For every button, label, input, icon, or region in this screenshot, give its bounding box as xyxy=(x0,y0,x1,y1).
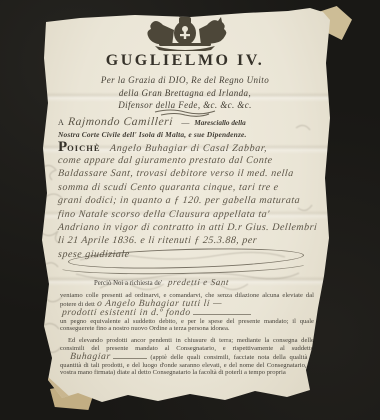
handwriting-line: Angelo Buhagiar di Casal Zabbar, xyxy=(109,143,267,154)
poiche-word: OICHÈ xyxy=(67,143,100,153)
handwritten-insert: Buhagiar xyxy=(62,353,111,361)
handwriting-line: Baldassare Sant, trovasi debitore verso … xyxy=(57,167,318,180)
handwriting-line: come appare dal giuramento prestato dal … xyxy=(57,154,318,167)
request-printed: Perciò Noi a richiesta de' xyxy=(94,280,162,287)
handwriting-line: grani dodici; in quanto a ƒ 120. per gab… xyxy=(57,194,318,207)
handwriting-line: Andriano in vigor di contratto in atti D… xyxy=(57,221,318,234)
recipient-name-handwritten: Rajmondo Camilleri xyxy=(68,116,174,128)
handwriting-line: li 21 Aprile 1836. e li ritenuti ƒ 25.3.… xyxy=(57,234,318,247)
document-subtitle: Per la Grazia di DIO, Re del Regno Unito… xyxy=(40,74,330,112)
document-title: GUGLIELMO IV. xyxy=(40,52,330,70)
order-paragraph-2: Ed elevando prodotti ancor pendenti in c… xyxy=(60,337,314,377)
address-prefix: A xyxy=(58,118,63,127)
document-paper: GUGLIELMO IV. Per la Grazia di DIO, Re d… xyxy=(40,8,330,406)
address-line: A Rajmondo Camilleri — Maresciallo della xyxy=(58,116,316,128)
preamble-handwriting: come appare dal giuramento prestato dal … xyxy=(58,154,318,261)
printed-text: un pegno equivalente al suddetto debito,… xyxy=(60,318,314,333)
address-dash: — xyxy=(181,118,189,127)
handwritten-insert: o Angelo Buhagiar tutti li — xyxy=(96,300,222,308)
request-line: Perciò Noi a richiesta de' predetti e Sa… xyxy=(94,277,229,287)
subtitle-line: della Gran Brettagna ed Irlanda, xyxy=(40,87,330,100)
handwritten-insert: prodotti esistenti in d.º fondo xyxy=(62,309,191,317)
fill-line xyxy=(113,352,147,359)
handwriting-line: somma di scudi Cento quaranta cinque, ta… xyxy=(57,181,318,194)
request-handwritten: predetti e Sant xyxy=(167,277,229,287)
handwriting-line: fino Natale scorso della Clausura appell… xyxy=(57,208,318,221)
poiche-initial: P xyxy=(58,139,67,155)
subtitle-line: Per la Grazia di DIO, Re del Regno Unito xyxy=(40,74,330,87)
order-paragraph-1: veniamo colle presenti ad ordinarvi, e c… xyxy=(60,292,314,333)
royal-coat-of-arms-icon xyxy=(40,15,330,51)
handwritten-insert-line: prodotti esistenti in d.º fondo xyxy=(60,308,314,318)
printed-text: Ed elevando prodotti ancor pendenti in c… xyxy=(60,337,314,352)
recipient-role: Maresciallo della xyxy=(194,119,245,127)
fill-line xyxy=(193,308,251,315)
